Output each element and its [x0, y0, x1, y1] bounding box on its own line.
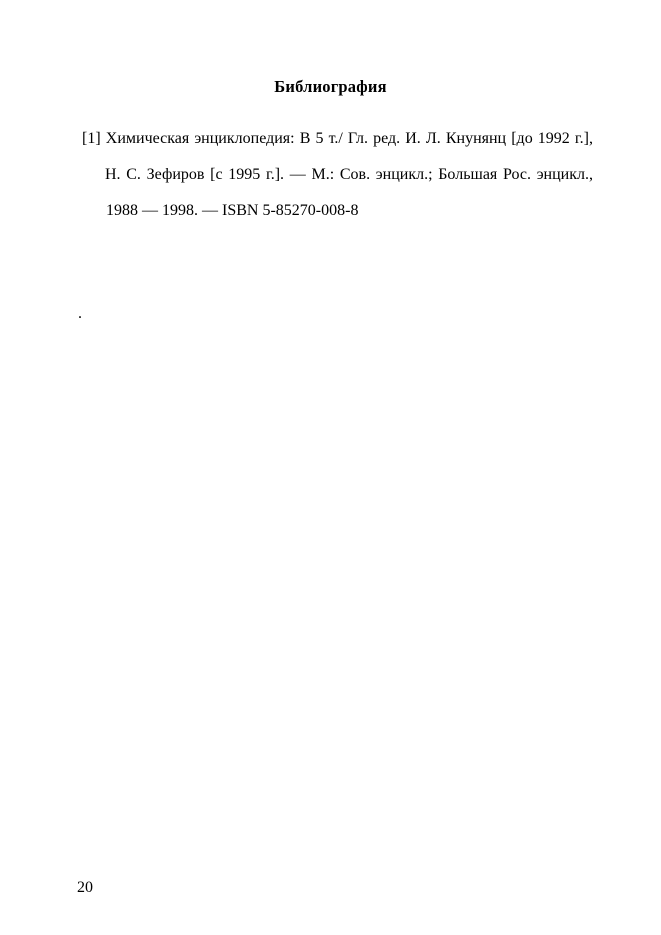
reference-entry-line-2: Н. С. Зефиров [с 1995 г.]. — М.: Сов. эн…	[105, 165, 593, 187]
bibliography-heading: Библиография	[0, 77, 661, 97]
reference-entry-line-3: 1988 — 1998. — ISBN 5-85270-008-8	[106, 201, 358, 221]
page-number: 20	[77, 878, 93, 898]
stray-period: .	[78, 304, 82, 324]
document-page: Библиография [1] Химическая энциклопедия…	[0, 0, 661, 935]
reference-entry-line-1: [1] Химическая энциклопедия: В 5 т./ Гл.…	[82, 129, 593, 151]
